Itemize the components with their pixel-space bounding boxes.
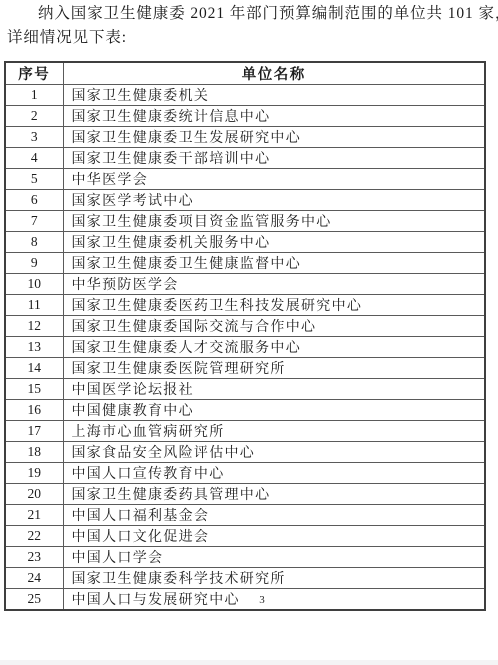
unit-name-cell: 中华医学会 — [63, 169, 485, 190]
unit-name-cell: 国家卫生健康委药具管理中心 — [63, 484, 485, 505]
table-row: 3 国家卫生健康委卫生发展研究中心 — [5, 127, 485, 148]
unit-name-cell: 中国人口学会 — [63, 547, 485, 568]
row-number-cell: 18 — [5, 442, 63, 463]
table-header-row: 序号 单位名称 — [5, 62, 485, 85]
page-bottom-edge — [0, 660, 498, 665]
unit-name-cell: 国家卫生健康委人才交流服务中心 — [63, 337, 485, 358]
unit-name-cell: 中国人口福利基金会 — [63, 505, 485, 526]
unit-name-cell: 中国健康教育中心 — [63, 400, 485, 421]
unit-name-cell: 中国人口宣传教育中心 — [63, 463, 485, 484]
table-row: 23 中国人口学会 — [5, 547, 485, 568]
row-number-cell: 13 — [5, 337, 63, 358]
row-number-cell: 9 — [5, 253, 63, 274]
table-row: 22 中国人口文化促进会 — [5, 526, 485, 547]
table-row: 24 国家卫生健康委科学技术研究所 — [5, 568, 485, 589]
table-row: 16 中国健康教育中心 — [5, 400, 485, 421]
table-row: 6 国家医学考试中心 — [5, 190, 485, 211]
document-page: 纳入国家卫生健康委 2021 年部门预算编制范围的单位共 101 家， 详细情况… — [0, 0, 498, 665]
table-row: 11 国家卫生健康委医药卫生科技发展研究中心 — [5, 295, 485, 316]
table-row: 4 国家卫生健康委干部培训中心 — [5, 148, 485, 169]
unit-name-cell: 国家卫生健康委卫生健康监督中心 — [63, 253, 485, 274]
row-number-cell: 2 — [5, 106, 63, 127]
unit-name-cell: 国家卫生健康委机关服务中心 — [63, 232, 485, 253]
unit-name-cell: 国家卫生健康委医院管理研究所 — [63, 358, 485, 379]
intro-line-2: 详细情况见下表: — [7, 26, 492, 50]
row-number-cell: 16 — [5, 400, 63, 421]
table-row: 18 国家食品安全风险评估中心 — [5, 442, 485, 463]
row-number-cell: 8 — [5, 232, 63, 253]
unit-name-cell: 中华预防医学会 — [63, 274, 485, 295]
unit-name-cell: 国家食品安全风险评估中心 — [63, 442, 485, 463]
row-number-cell: 22 — [5, 526, 63, 547]
table-row: 14 国家卫生健康委医院管理研究所 — [5, 358, 485, 379]
header-cell-name: 单位名称 — [63, 62, 485, 85]
page-number: 3 — [0, 594, 498, 606]
row-number-cell: 5 — [5, 169, 63, 190]
row-number-cell: 15 — [5, 379, 63, 400]
unit-name-cell: 国家卫生健康委科学技术研究所 — [63, 568, 485, 589]
unit-name-cell: 国家医学考试中心 — [63, 190, 485, 211]
table-row: 9 国家卫生健康委卫生健康监督中心 — [5, 253, 485, 274]
table-row: 20 国家卫生健康委药具管理中心 — [5, 484, 485, 505]
unit-name-cell: 国家卫生健康委干部培训中心 — [63, 148, 485, 169]
row-number-cell: 21 — [5, 505, 63, 526]
unit-name-cell: 国家卫生健康委统计信息中心 — [63, 106, 485, 127]
row-number-cell: 3 — [5, 127, 63, 148]
header-cell-no: 序号 — [5, 62, 63, 85]
row-number-cell: 7 — [5, 211, 63, 232]
unit-name-cell: 国家卫生健康委医药卫生科技发展研究中心 — [63, 295, 485, 316]
row-number-cell: 4 — [5, 148, 63, 169]
row-number-cell: 1 — [5, 85, 63, 106]
table-row: 7 国家卫生健康委项目资金监管服务中心 — [5, 211, 485, 232]
row-number-cell: 12 — [5, 316, 63, 337]
table-row: 8 国家卫生健康委机关服务中心 — [5, 232, 485, 253]
unit-name-cell: 国家卫生健康委国际交流与合作中心 — [63, 316, 485, 337]
table-row: 5 中华医学会 — [5, 169, 485, 190]
row-number-cell: 11 — [5, 295, 63, 316]
units-table: 序号 单位名称 1 国家卫生健康委机关 2 国家卫生健康委统计信息中心 3 国家… — [4, 61, 486, 611]
row-number-cell: 19 — [5, 463, 63, 484]
unit-name-cell: 中国医学论坛报社 — [63, 379, 485, 400]
unit-name-cell: 国家卫生健康委机关 — [63, 85, 485, 106]
unit-name-cell: 国家卫生健康委项目资金监管服务中心 — [63, 211, 485, 232]
unit-name-cell: 上海市心血管病研究所 — [63, 421, 485, 442]
row-number-cell: 6 — [5, 190, 63, 211]
table-row: 12 国家卫生健康委国际交流与合作中心 — [5, 316, 485, 337]
row-number-cell: 24 — [5, 568, 63, 589]
row-number-cell: 23 — [5, 547, 63, 568]
table-row: 10 中华预防医学会 — [5, 274, 485, 295]
table-row: 17 上海市心血管病研究所 — [5, 421, 485, 442]
table-row: 15 中国医学论坛报社 — [5, 379, 485, 400]
intro-line-1: 纳入国家卫生健康委 2021 年部门预算编制范围的单位共 101 家， — [7, 2, 492, 26]
unit-name-cell: 中国人口文化促进会 — [63, 526, 485, 547]
table-row: 1 国家卫生健康委机关 — [5, 85, 485, 106]
intro-paragraph: 纳入国家卫生健康委 2021 年部门预算编制范围的单位共 101 家， 详细情况… — [7, 2, 492, 49]
table-row: 13 国家卫生健康委人才交流服务中心 — [5, 337, 485, 358]
row-number-cell: 17 — [5, 421, 63, 442]
table-row: 21 中国人口福利基金会 — [5, 505, 485, 526]
unit-name-cell: 国家卫生健康委卫生发展研究中心 — [63, 127, 485, 148]
row-number-cell: 14 — [5, 358, 63, 379]
row-number-cell: 10 — [5, 274, 63, 295]
row-number-cell: 20 — [5, 484, 63, 505]
table-row: 2 国家卫生健康委统计信息中心 — [5, 106, 485, 127]
table-row: 19 中国人口宣传教育中心 — [5, 463, 485, 484]
